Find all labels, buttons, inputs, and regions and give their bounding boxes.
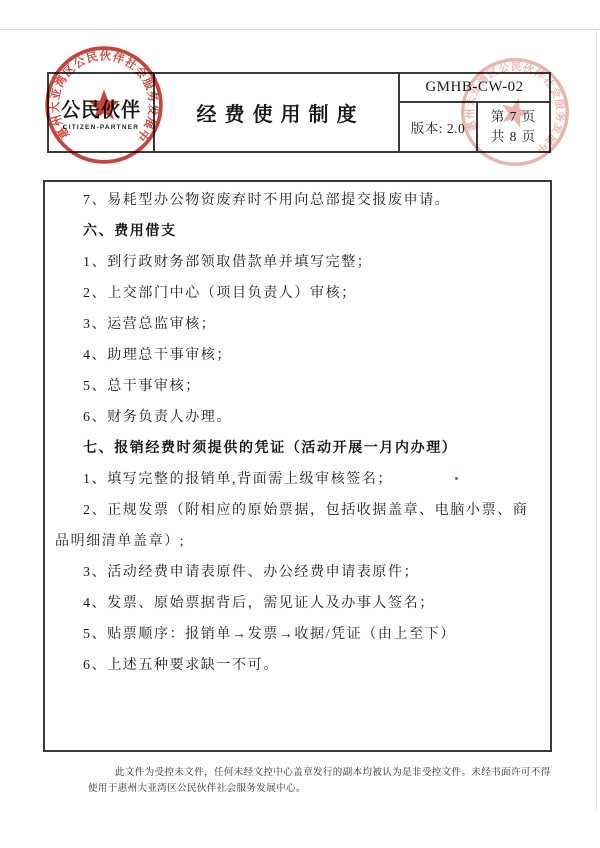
policy-content-box: 7、易耗型办公物资废弃时不用向总部提交报废申请。 六、费用借支 1、到行政财务部… (43, 180, 552, 752)
org-logo-text: 公民伙伴 (61, 94, 141, 122)
page-number-cell: 第 7 页 共 8 页 (478, 103, 549, 151)
policy-line: 3、运营总监审核； (55, 309, 537, 340)
section-heading-six: 六、费用借支 (55, 216, 537, 247)
policy-line: 6、上述五种要求缺一不可。 (55, 650, 537, 681)
policy-line: 5、贴票顺序：报销单→发票→收据/凭证（由上至下） (55, 619, 537, 650)
header-table: 公民伙伴 CITIZEN-PARTNER 经费使用制度 GMHB-CW-02 版… (47, 72, 551, 153)
org-logo-subtext: CITIZEN-PARTNER (63, 124, 139, 131)
section-heading-seven: 七、报销经费时须提供的凭证（活动开展一月内办理） (55, 433, 537, 464)
version-label: 版本: 2.0 (411, 117, 466, 137)
document-title: 经费使用制度 (189, 98, 365, 127)
org-logo: 公民伙伴 CITIZEN-PARTNER (49, 74, 153, 151)
ink-speck (455, 477, 458, 480)
policy-line: 4、助理总干事审核； (55, 340, 537, 371)
policy-line: 5、总干事审核； (55, 371, 537, 402)
policy-line: 1、填写完整的报销单,背面需上级审核签名； (55, 464, 537, 495)
footer-disclaimer-line1: 此文件为受控未文件，任何未经文控中心盖章发行的副本均被认为是非受控文件。未经书面… (115, 764, 551, 778)
policy-line: 1、到行政财务部领取借款单并填写完整； (55, 247, 537, 278)
footer-disclaimer-line2: 使用于惠州大亚湾区公民伙伴社会服务发展中心。 (88, 780, 306, 794)
policy-line: 7、易耗型办公物资废弃时不用向总部提交报废申请。 (55, 185, 537, 216)
policy-line: 2、上交部门中心（项目负责人）审核； (55, 278, 537, 309)
policy-line: 4、发票、原始票据背后，需见证人及办事人签名； (55, 588, 537, 619)
scan-artifact-line (0, 29, 600, 30)
title-cell: 经费使用制度 (155, 74, 398, 151)
policy-line: 2、正规发票（附相应的原始票据，包括收据盖章、电脑小票、商品明细清单盖章）; (55, 495, 537, 557)
document-code: GMHB-CW-02 (425, 79, 523, 96)
page-current: 第 7 页 (491, 109, 537, 125)
scan-artifact-line (596, 30, 597, 810)
policy-line: 6、财务负责人办理。 (55, 402, 537, 433)
version-cell: 版本: 2.0 (400, 103, 476, 151)
document-page: 公民伙伴 CITIZEN-PARTNER 经费使用制度 GMHB-CW-02 版… (0, 0, 600, 848)
doc-code-cell: GMHB-CW-02 (400, 74, 549, 101)
policy-line: 3、活动经费申请表原件、办公经费申请表原件； (55, 557, 537, 588)
page-total: 共 8 页 (491, 129, 537, 145)
